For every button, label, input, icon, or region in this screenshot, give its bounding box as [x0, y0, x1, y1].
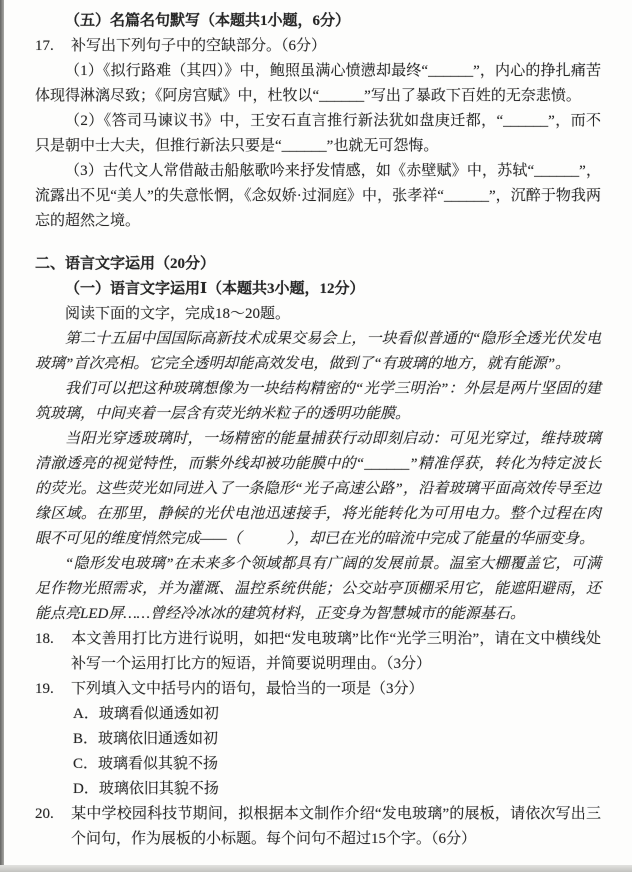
- question-19-option-a: A．玻璃看似通透如初: [35, 702, 601, 727]
- section-2-heading: 二、语言文字运用（20分）: [35, 252, 601, 277]
- scan-edge-left: [0, 0, 4, 872]
- question-17-part-2: （2）《答司马谏议书》中，王安石直言推行新法犹如盘庚迁都，“______”，而不…: [35, 109, 601, 159]
- reading-instruction: 阅读下面的文字，完成18～20题。: [35, 302, 601, 327]
- question-17-part-1: （1）《拟行路难（其四）》中，鲍照虽满心愤懑却最终“______”，内心的挣扎痛…: [35, 59, 601, 109]
- section-2-subheading: （一）语言文字运用Ⅰ（本题共3小题，12分）: [35, 277, 601, 302]
- scan-edge-bottom: [0, 865, 632, 872]
- question-20: 20.某中学校园科技节期间，拟根据本文制作介绍“发电玻璃”的展板，请依次写出三个…: [35, 802, 601, 852]
- passage-paragraph-1: 第二十五届中国国际高新技术成果交易会上，一块看似普通的“隐形全透光伏发电玻璃”首…: [35, 327, 601, 377]
- exam-paper-page: （五）名篇名句默写（本题共1小题，6分） 17.补写出下列句子中的空缺部分。（6…: [0, 0, 632, 872]
- passage-paragraph-2: 我们可以把这种玻璃想像为一块结构精密的“光学三明治”：外层是两片坚固的建筑玻璃，…: [35, 377, 601, 427]
- page-content: （五）名篇名句默写（本题共1小题，6分） 17.补写出下列句子中的空缺部分。（6…: [35, 9, 601, 852]
- question-20-number: 20.: [35, 802, 71, 827]
- question-17-stem: 补写出下列句子中的空缺部分。（6分）: [71, 38, 326, 54]
- passage-paragraph-3: 当阳光穿透玻璃时，一场精密的能量捕获行动即刻启动：可见光穿过，维持玻璃清澈透亮的…: [35, 427, 601, 552]
- question-19-number: 19.: [35, 677, 71, 702]
- question-18-stem: 本文善用打比方进行说明，如把“发电玻璃”比作“光学三明治”，请在文中横线处补写一…: [71, 631, 601, 672]
- question-17-number: 17.: [35, 34, 71, 59]
- question-17: 17.补写出下列句子中的空缺部分。（6分）: [35, 34, 601, 59]
- question-19-option-c: C．玻璃看似其貌不扬: [35, 752, 601, 777]
- question-19-stem: 下列填入文中括号内的语句，最恰当的一项是（3分）: [71, 681, 424, 697]
- question-18: 18.本文善用打比方进行说明，如把“发电玻璃”比作“光学三明治”，请在文中横线处…: [35, 627, 601, 677]
- question-19: 19.下列填入文中括号内的语句，最恰当的一项是（3分）: [35, 677, 601, 702]
- question-19-option-d: D．玻璃依旧其貌不扬: [35, 777, 601, 802]
- section-5-heading: （五）名篇名句默写（本题共1小题，6分）: [35, 9, 601, 34]
- question-17-part-3: （3）古代文人常借敲击船舷歌吟来抒发情感，如《赤壁赋》中，苏轼“______”，…: [35, 159, 601, 234]
- question-19-option-b: B．玻璃依旧通透如初: [35, 727, 601, 752]
- question-18-number: 18.: [35, 627, 71, 652]
- question-20-stem: 某中学校园科技节期间，拟根据本文制作介绍“发电玻璃”的展板，请依次写出三个问句，…: [71, 806, 601, 847]
- passage-paragraph-4: “隐形发电玻璃”在未来多个领域都具有广阔的发展前景。温室大棚覆盖它，可满足作物光…: [35, 552, 601, 627]
